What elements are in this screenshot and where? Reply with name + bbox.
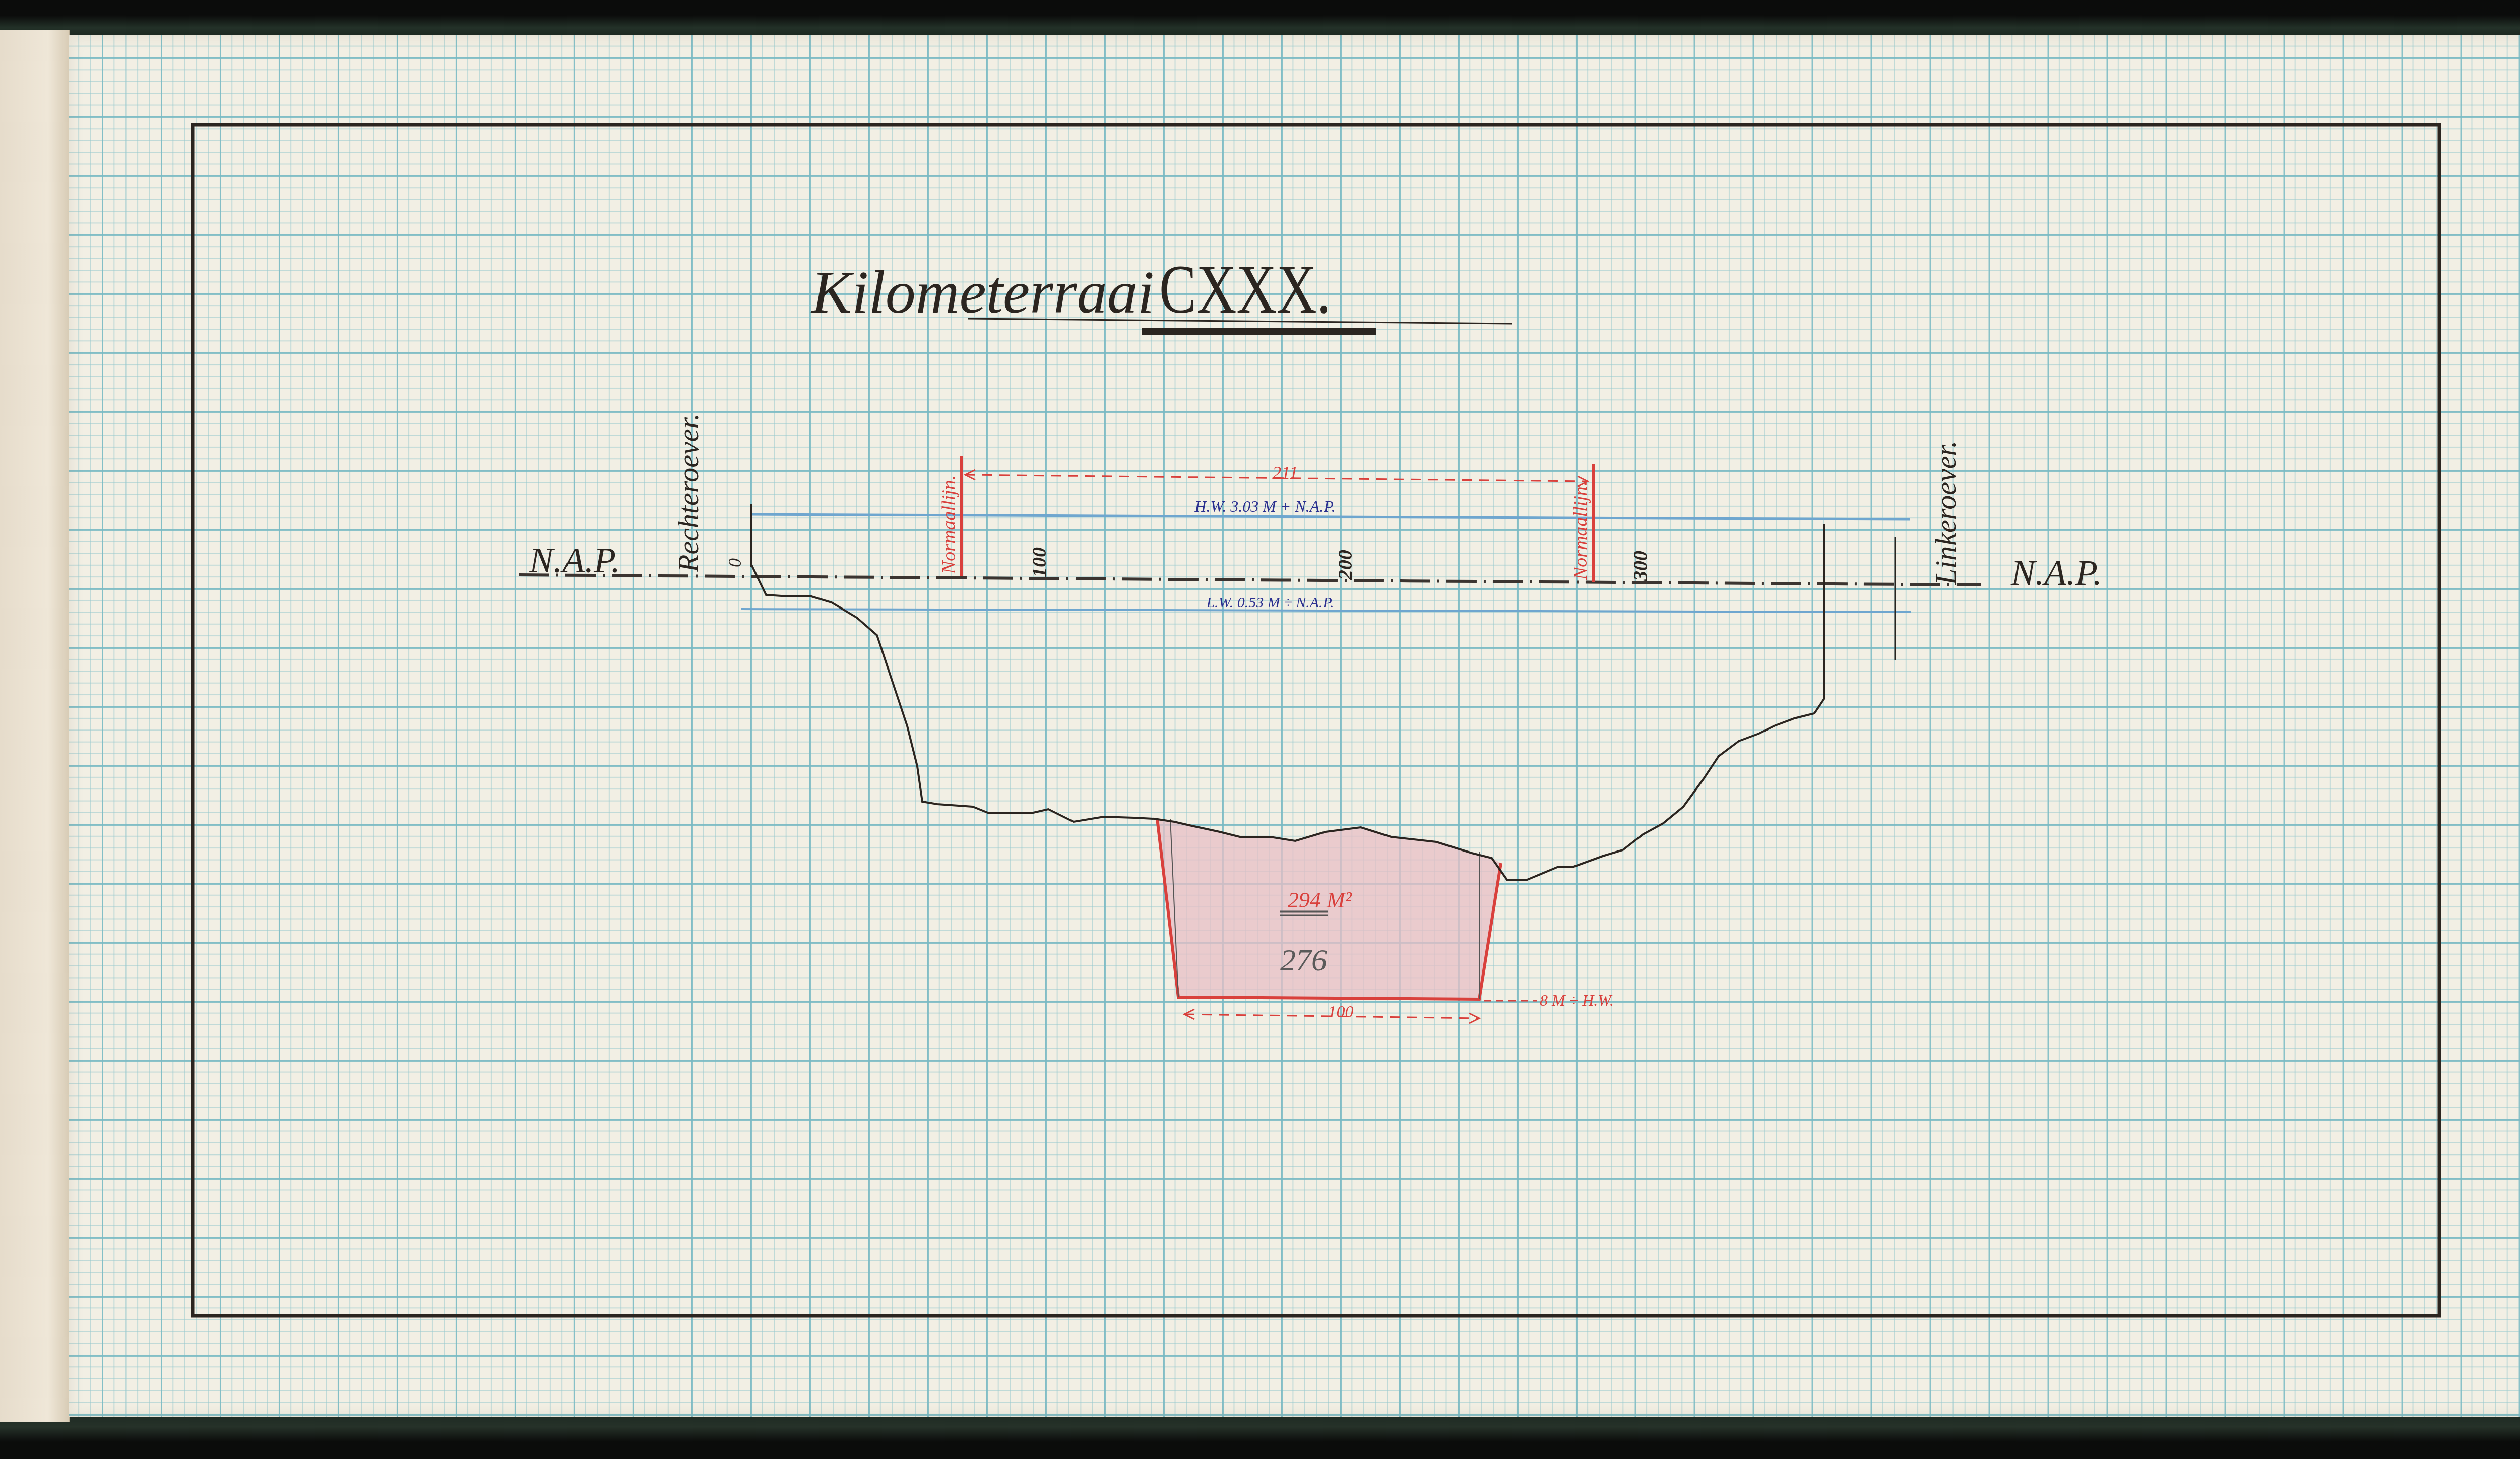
normal-width-label: 211 — [1272, 463, 1298, 483]
tick-label-200: 200 — [1334, 550, 1356, 580]
normal-line-right-label: Normaallijn. — [1570, 481, 1591, 580]
nap-label-left: N.A.P. — [529, 540, 620, 580]
title-block: Kilometerraai CXXX. — [810, 252, 1512, 335]
tick-label-0: 0 — [725, 558, 745, 567]
nap-label-right: N.A.P. — [2010, 553, 2102, 593]
nap-datum-line — [519, 575, 1981, 585]
depth-note: 8 M ÷ H.W. — [1540, 991, 1614, 1009]
normal-line-left-label: Normaallijn. — [938, 475, 960, 574]
left-bank-label: Linkeroever. — [1929, 441, 1962, 585]
dredge-area-label: 294 M² — [1288, 888, 1352, 913]
bottom-width-label: 100 — [1328, 1003, 1354, 1021]
high-water-label: H.W. 3.03 M + N.A.P. — [1194, 497, 1335, 515]
tick-label-300: 300 — [1629, 551, 1652, 581]
title-heavy-bar — [1142, 328, 1376, 335]
title-numeral: CXXX. — [1159, 252, 1331, 328]
cross-section-drawing: Kilometerraai CXXX. 211 100 8 M ÷ H.W. 2… — [0, 0, 2520, 1459]
title-script: Kilometerraai — [810, 259, 1154, 326]
right-bank-label: Rechteroever. — [672, 413, 705, 573]
bottom-arrow-right — [1469, 1013, 1479, 1023]
tick-label-100: 100 — [1028, 547, 1050, 577]
pencil-annotation: 276 — [1280, 943, 1327, 978]
riverbed-profile — [751, 504, 1824, 880]
low-water-label: L.W. 0.53 M ÷ N.A.P. — [1206, 594, 1334, 611]
